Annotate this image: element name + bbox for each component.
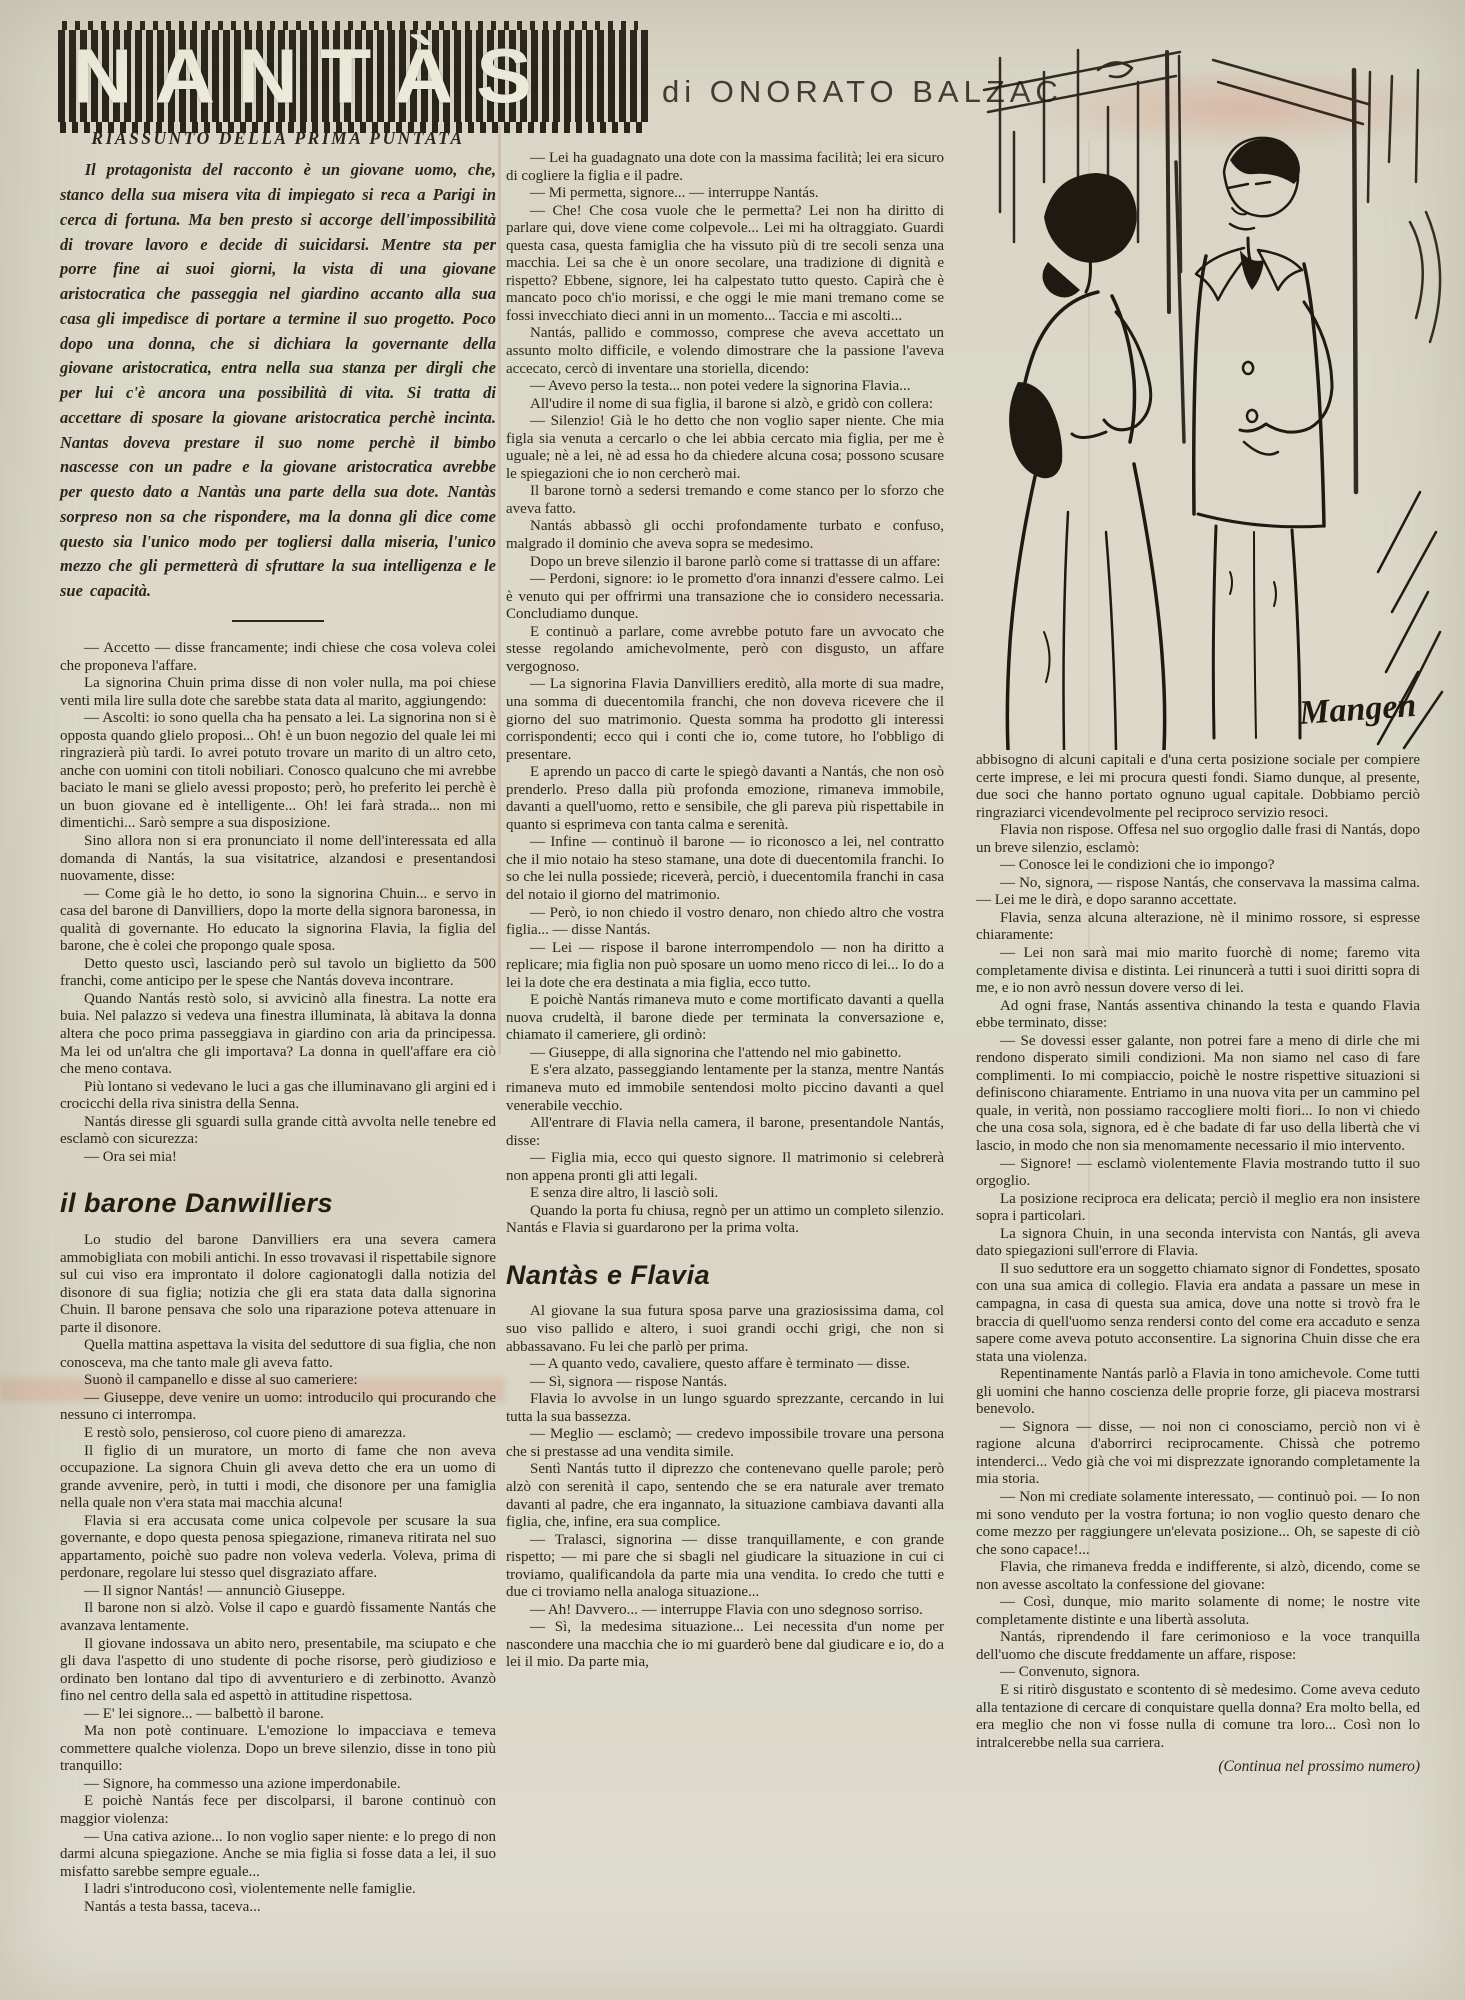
paragraph: I ladri s'introducono così, violentement… xyxy=(60,1881,496,1899)
paragraph: E aprendo un pacco di carte le spiegò da… xyxy=(506,764,944,834)
section-heading: il barone Danwilliers xyxy=(60,1188,496,1220)
column-middle: — Lei ha guadagnato una dote con la mass… xyxy=(506,150,944,1672)
magazine-page: NANTÀS di ONORATO BALZAC xyxy=(0,0,1465,2000)
paragraph: — Ascolti: io sono quella cha ha pensato… xyxy=(60,710,496,833)
paragraph: Il suo seduttore era un soggetto chiamat… xyxy=(976,1261,1420,1366)
paragraph: E senza dire altro, li lasciò soli. xyxy=(506,1185,944,1203)
paragraph: Repentinamente Nantás parlò a Flavia in … xyxy=(976,1366,1420,1419)
paragraph: Ma non potè continuare. L'emozione lo im… xyxy=(60,1723,496,1776)
paragraph: — Signora — disse, — noi non ci conoscia… xyxy=(976,1419,1420,1489)
column-right: abbisogno di alcuni capitali e d'una cer… xyxy=(976,752,1420,1776)
paragraph: Il figlio di un muratore, un morto di fa… xyxy=(60,1443,496,1513)
paragraph: — Ora sei mia! xyxy=(60,1149,496,1167)
paragraph: Dopo un breve silenzio il barone parlò c… xyxy=(506,554,944,572)
paragraph: — Signore, ha commesso una azione imperd… xyxy=(60,1776,496,1794)
artist-signature: Mangen xyxy=(1297,687,1417,732)
paragraph: E poichè Nantás rimaneva muto e come mor… xyxy=(506,992,944,1045)
paragraph: E continuò a parlare, come avrebbe potut… xyxy=(506,624,944,677)
paragraph: Quando la porta fu chiusa, regnò per un … xyxy=(506,1203,944,1238)
paragraph: — Meglio — esclamò; — credevo impossibil… xyxy=(506,1426,944,1461)
paragraph: — Giuseppe, deve venire un uomo: introdu… xyxy=(60,1390,496,1425)
paragraph: — Il signor Nantás! — annunciò Giuseppe. xyxy=(60,1583,496,1601)
story-title: NANTÀS xyxy=(58,37,554,114)
paragraph: — Così, dunque, mio marito solamente di … xyxy=(976,1594,1420,1629)
paragraph: — Ah! Davvero... — interruppe Flavia con… xyxy=(506,1602,944,1620)
paragraph: Ad ogni frase, Nantás assentiva chinando… xyxy=(976,998,1420,1033)
paragraph: Nantás, riprendendo il fare cerimonioso … xyxy=(976,1629,1420,1664)
paragraph: Nantás, pallido e commosso, comprese che… xyxy=(506,325,944,378)
paragraph: — A quanto vedo, cavaliere, questo affar… xyxy=(506,1356,944,1374)
paragraph: La signorina Chuin prima disse di non vo… xyxy=(60,675,496,710)
title-banner: NANTÀS xyxy=(58,30,648,122)
section-heading: Nantàs e Flavia xyxy=(506,1260,944,1292)
paragraph: E poichè Nantás fece per discolparsi, il… xyxy=(60,1793,496,1828)
paragraph: Quella mattina aspettava la visita del s… xyxy=(60,1337,496,1372)
paragraph: Suonò il campanello e disse al suo camer… xyxy=(60,1372,496,1390)
paragraph: Nantás diresse gli sguardi sulla grande … xyxy=(60,1114,496,1149)
paragraph: Detto questo uscì, lasciando però sul ta… xyxy=(60,956,496,991)
paragraph: — Non mi crediate solamente interessato,… xyxy=(976,1489,1420,1559)
paragraph: — Infine — continuò il barone — io ricon… xyxy=(506,834,944,904)
paragraph: — Lei — rispose il barone interrompendol… xyxy=(506,940,944,993)
paragraph: — Sì, signora — rispose Nantás. xyxy=(506,1374,944,1392)
paper-fold-line xyxy=(498,125,501,1055)
paragraph: — Lei ha guadagnato una dote con la mass… xyxy=(506,150,944,185)
paragraph: — Come già le ho detto, io sono la signo… xyxy=(60,886,496,956)
continuation-note: (Continua nel prossimo numero) xyxy=(976,1758,1420,1776)
lead-paragraph: Il protagonista del racconto è un giovan… xyxy=(60,158,496,604)
paragraph: Il barone tornò a sedersi tremando e com… xyxy=(506,483,944,518)
paragraph: — Mi permetta, signore... — interruppe N… xyxy=(506,185,944,203)
paragraph: La posizione reciproca era delicata; per… xyxy=(976,1191,1420,1226)
paragraph: E si ritirò disgustato e scontento di sè… xyxy=(976,1682,1420,1752)
paragraph: — Però, io non chiedo il vostro denaro, … xyxy=(506,905,944,940)
paragraph-continued: abbisogno di alcuni capitali e d'una cer… xyxy=(976,752,1420,822)
paragraph: Quando Nantás restò solo, si avvicinò al… xyxy=(60,991,496,1079)
paragraph: — Avevo perso la testa... non potei vede… xyxy=(506,378,944,396)
paragraph: Flavia lo avvolse in un lungo sguardo sp… xyxy=(506,1391,944,1426)
paragraph: — Lei non sarà mai mio marito fuorchè di… xyxy=(976,945,1420,998)
paragraph: — Giuseppe, di alla signorina che l'atte… xyxy=(506,1045,944,1063)
paragraph: Nantás a testa bassa, taceva... xyxy=(60,1899,496,1917)
paragraph: — Conosce lei le condizioni che io impon… xyxy=(976,857,1420,875)
paragraph: — Accetto — disse francamente; indi chie… xyxy=(60,640,496,675)
paragraph: — Se dovessi esser galante, non potrei f… xyxy=(976,1033,1420,1156)
paragraph: — Figlia mia, ecco qui questo signore. I… xyxy=(506,1150,944,1185)
paragraph: — E' lei signore... — balbettò il barone… xyxy=(60,1706,496,1724)
paragraph: — Una cativa azione... Io non voglio sap… xyxy=(60,1829,496,1882)
paragraph: Flavia si era accusata come unica colpev… xyxy=(60,1513,496,1583)
paragraph: All'entrare di Flavia nella camera, il b… xyxy=(506,1115,944,1150)
paragraph: — Perdoni, signore: io le prometto d'ora… xyxy=(506,571,944,624)
paragraph: Sino allora non si era pronunciato il no… xyxy=(60,833,496,886)
paragraph: All'udire il nome di sua figlia, il baro… xyxy=(506,396,944,414)
paragraph: Lo studio del barone Danvilliers era una… xyxy=(60,1232,496,1337)
paragraph: Flavia, senza alcuna alterazione, nè il … xyxy=(976,910,1420,945)
story-illustration: Mangen xyxy=(948,12,1448,750)
paragraph: Il barone non si alzò. Volse il capo e g… xyxy=(60,1600,496,1635)
paragraph: La signora Chuin, in una seconda intervi… xyxy=(976,1226,1420,1261)
paragraph: Nantás abbassò gli occhi profondamente t… xyxy=(506,518,944,553)
paragraph: Sentì Nantás tutto il diprezzo che conte… xyxy=(506,1461,944,1531)
paragraph: — Convenuto, signora. xyxy=(976,1664,1420,1682)
paragraph: — Tralasci, signorina — disse tranquilla… xyxy=(506,1532,944,1602)
paragraph: Più lontano si vedevano le luci a gas ch… xyxy=(60,1079,496,1114)
paragraph: — La signorina Flavia Danvilliers eredit… xyxy=(506,676,944,764)
man-figure xyxy=(1194,138,1332,738)
paragraph: Flavia, che rimaneva fredda e indifferen… xyxy=(976,1559,1420,1594)
paragraph: Il giovane indossava un abito nero, pres… xyxy=(60,1636,496,1706)
paragraph: E restò solo, pensieroso, col cuore pien… xyxy=(60,1425,496,1443)
column-left: RIASSUNTO DELLA PRIMA PUNTATAIl protagon… xyxy=(60,128,496,1916)
summary-heading: RIASSUNTO DELLA PRIMA PUNTATA xyxy=(60,128,496,148)
paragraph: — Silenzio! Già le ho detto che non vogl… xyxy=(506,413,944,483)
paragraph: — Che! Che cosa vuole che le permetta? L… xyxy=(506,203,944,326)
woman-figure xyxy=(1007,173,1164,750)
divider-rule xyxy=(232,620,324,622)
paragraph: — No, signora, — rispose Nantás, che con… xyxy=(976,875,1420,910)
paragraph: — Signore! — esclamò violentemente Flavi… xyxy=(976,1156,1420,1191)
paragraph: Flavia non rispose. Offesa nel suo orgog… xyxy=(976,822,1420,857)
paragraph: — Sì, la medesima situazione... Lei nece… xyxy=(506,1619,944,1672)
paragraph: Al giovane la sua futura sposa parve una… xyxy=(506,1303,944,1356)
paragraph: E s'era alzato, passeggiando lentamente … xyxy=(506,1062,944,1115)
